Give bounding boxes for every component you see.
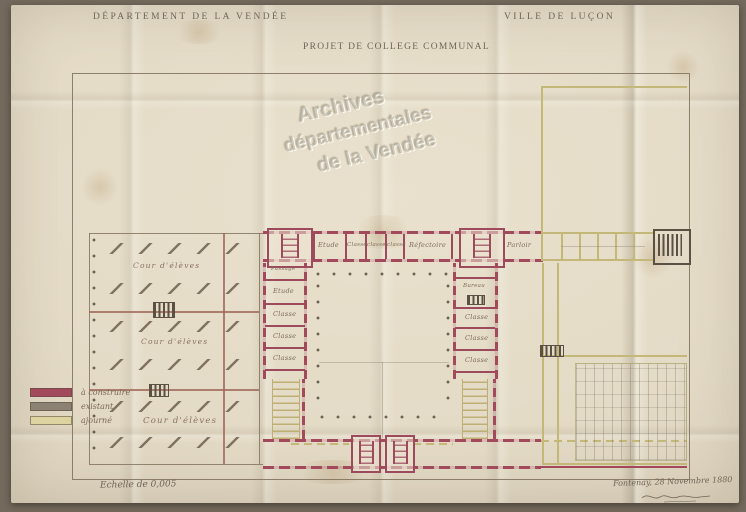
partition (265, 347, 305, 349)
signature-mark (640, 489, 712, 505)
wall-new (541, 466, 687, 468)
tree-row (103, 359, 253, 370)
room-label: Etude (273, 287, 294, 295)
entrance-pavilion (385, 435, 415, 473)
tree-row (103, 283, 253, 294)
wall-postponed (291, 443, 349, 445)
column-dots (315, 272, 451, 276)
wall-new (495, 263, 498, 379)
partition (451, 234, 453, 259)
column-dots (316, 283, 320, 411)
existing-building (653, 229, 691, 265)
partition (265, 279, 305, 281)
partition (265, 325, 305, 327)
wall-line (223, 233, 225, 464)
axis-line (319, 362, 449, 363)
floor-plan: Cour d'élèves Cour d'élèves Cour d'élève… (72, 73, 690, 480)
corridor-line (561, 246, 645, 247)
partition (265, 369, 305, 371)
legend-label: ajourné (81, 416, 112, 425)
wall-line (259, 233, 260, 464)
courtyard-label: Cour d'élèves (143, 416, 217, 426)
wall-postponed (541, 87, 543, 232)
room-label: Bureau (463, 283, 485, 289)
courtyard-label: Cour d'élèves (133, 261, 200, 270)
legend-row: ajourné (30, 416, 130, 425)
post-dots (92, 237, 96, 461)
legend-label: à construire (81, 388, 130, 397)
staircase (359, 441, 374, 464)
partition (455, 307, 495, 309)
room-label: Réfectoire (409, 241, 446, 249)
staircase (473, 234, 491, 258)
room-label: Parloir (507, 241, 531, 249)
legend-row: existant (30, 402, 130, 411)
tree-row (103, 243, 253, 254)
gallery (462, 379, 488, 439)
wall-new (493, 379, 496, 439)
partition (455, 327, 495, 329)
outbuilding (540, 345, 564, 357)
column-dots (446, 283, 450, 411)
wall-postponed (541, 86, 687, 88)
latrines-block (149, 384, 169, 397)
hatch-fill (658, 234, 682, 256)
tree-row (103, 321, 253, 332)
stair-pavilion (459, 228, 505, 268)
partition (265, 303, 305, 305)
entrance-pavilion (351, 435, 381, 473)
scanned-plan-photo: DÉPARTEMENT DE LA VENDÉE VILLE DE LUÇON … (0, 0, 746, 512)
room-label: Classe (273, 332, 296, 340)
partition (455, 349, 495, 351)
room-label: Classe (273, 310, 296, 318)
staircase (281, 234, 299, 258)
wall-new (453, 263, 456, 379)
partition (455, 371, 495, 373)
wall-postponed (542, 463, 687, 465)
staircase (393, 441, 408, 464)
wall-new (302, 379, 305, 439)
scale-note: Echelle de 0,005 (100, 479, 177, 490)
wall-line (89, 233, 90, 464)
legend-label: existant (81, 402, 113, 411)
room-label: Etude (318, 241, 339, 249)
legend-swatch-postponed (30, 416, 72, 425)
gallery (272, 379, 300, 439)
wall-line (89, 464, 263, 465)
wall-postponed (413, 443, 453, 445)
room-label: Classe (465, 334, 488, 342)
legend-row: à construire (30, 388, 130, 397)
tree-row (103, 437, 253, 448)
room-label: classe (387, 242, 406, 248)
courtyard-label: Cour d'élèves (141, 337, 208, 346)
header-ville: VILLE DE LUÇON (504, 12, 615, 22)
room-label: Classe (465, 313, 488, 321)
wall-postponed (541, 259, 653, 261)
wall-postponed (542, 263, 544, 464)
partition (541, 232, 543, 261)
room-label: Classe (273, 354, 296, 362)
partition (313, 234, 315, 259)
column-dots (319, 415, 447, 419)
room-label: classe (367, 242, 386, 248)
legend-swatch-existing (30, 402, 72, 411)
header-departement: DÉPARTEMENT DE LA VENDÉE (93, 12, 288, 22)
page-title: PROJET DE COLLEGE COMMUNAL (303, 42, 490, 52)
legend: à construire existant ajourné (30, 388, 130, 425)
wall-line (89, 233, 263, 234)
axis-line (382, 362, 383, 438)
room-label: Passage (271, 266, 296, 272)
room-label: Classe (465, 356, 488, 364)
partition (455, 277, 495, 279)
legend-swatch-new (30, 388, 72, 397)
stair-pavilion (267, 228, 313, 268)
wall-postponed (557, 263, 559, 464)
stair-symbol (467, 295, 485, 305)
stain (171, 20, 227, 44)
garden-plots (575, 363, 687, 461)
room-label: Classe (347, 242, 367, 248)
latrines-block (153, 302, 175, 318)
